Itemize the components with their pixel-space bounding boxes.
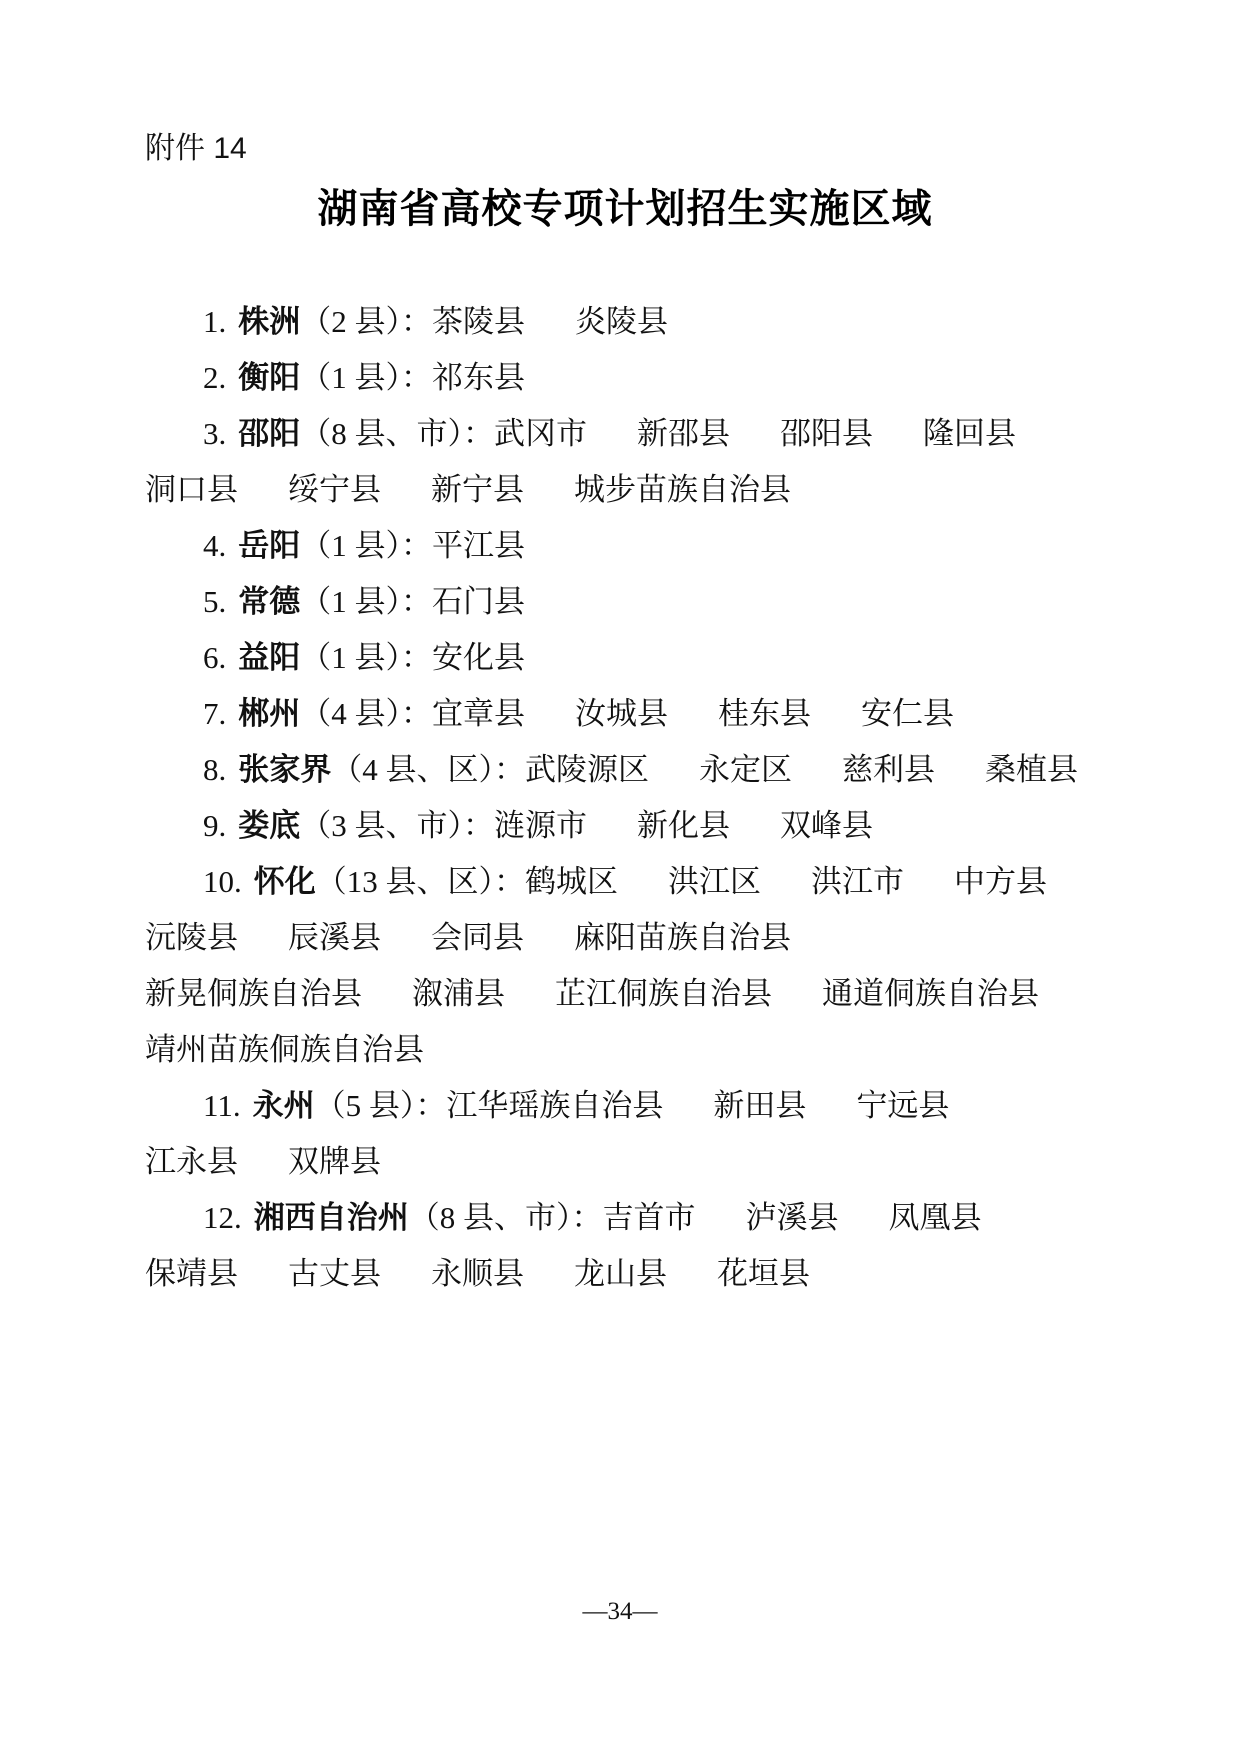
region-scope: （4 县、区）：: [331, 752, 525, 787]
county-name: 保靖县: [145, 1246, 238, 1302]
county-name: 茶陵县: [432, 294, 525, 350]
page-number: —34—: [0, 1598, 1240, 1626]
region-number: 3.: [203, 416, 226, 451]
region-number: 2.: [203, 360, 226, 395]
document-content: 附件 14 湖南省高校专项计划招生实施区域 1.株洲（2 县）：茶陵县炎陵县 2…: [0, 0, 1240, 1302]
region-city: 张家界: [238, 752, 331, 787]
region-scope: （3 县、市）：: [300, 808, 494, 843]
region-counties: 安化县: [432, 640, 525, 675]
county-name: 永定区: [699, 742, 792, 798]
region-city: 衡阳: [238, 360, 300, 395]
county-name: 江永县: [145, 1134, 238, 1190]
attachment-label: 附件 14: [145, 130, 1105, 168]
region-item: 6.益阳（1 县）：安化县: [145, 630, 1105, 686]
page-title: 湖南省高校专项计划招生实施区域: [145, 182, 1105, 236]
county-name: 城步苗族自治县: [574, 462, 791, 518]
region-list: 1.株洲（2 县）：茶陵县炎陵县 2.衡阳（1 县）：祁东县 3.邵阳（8 县、…: [145, 294, 1105, 1302]
region-item: 7.郴州（4 县）：宜章县汝城县桂东县安仁县: [145, 686, 1105, 742]
region-scope: （1 县）：: [300, 528, 432, 563]
region-city: 常德: [238, 584, 300, 619]
region-city: 益阳: [238, 640, 300, 675]
region-item: 10.怀化（13 县、区）：鹤城区洪江区洪江市中方县沅陵县辰溪县会同县麻阳苗族自…: [145, 854, 1105, 1078]
region-scope: （8 县、市）：: [409, 1200, 603, 1235]
region-item: 3.邵阳（8 县、市）：武冈市新邵县邵阳县隆回县洞口县绥宁县新宁县城步苗族自治县: [145, 406, 1105, 518]
region-number: 6.: [203, 640, 226, 675]
region-city: 郴州: [238, 696, 300, 731]
county-name: 双峰县: [780, 798, 873, 854]
region-scope: （13 县、区）：: [316, 864, 525, 899]
county-name: 靖州苗族侗族自治县: [145, 1022, 424, 1078]
region-city: 永州: [253, 1088, 315, 1123]
region-number: 12.: [203, 1200, 242, 1235]
county-name: 新化县: [637, 798, 730, 854]
region-item: 4.岳阳（1 县）：平江县: [145, 518, 1105, 574]
region-number: 9.: [203, 808, 226, 843]
region-number: 5.: [203, 584, 226, 619]
region-item: 8.张家界（4 县、区）：武陵源区永定区慈利县桑植县: [145, 742, 1105, 798]
county-name: 花垣县: [717, 1246, 810, 1302]
county-name: 桂东县: [718, 686, 811, 742]
county-name: 慈利县: [842, 742, 935, 798]
county-name: 绥宁县: [288, 462, 381, 518]
region-city: 娄底: [238, 808, 300, 843]
region-scope: （1 县）：: [300, 360, 432, 395]
county-name: 宁远县: [856, 1078, 949, 1134]
county-name: 洪江市: [811, 854, 904, 910]
county-name: 炎陵县: [575, 294, 668, 350]
county-name: 武冈市: [494, 406, 587, 462]
region-number: 8.: [203, 752, 226, 787]
region-city: 株洲: [238, 304, 300, 339]
county-name: 泸溪县: [746, 1190, 839, 1246]
county-name: 桑植县: [985, 742, 1078, 798]
county-name: 石门县: [432, 574, 525, 630]
county-name: 凤凰县: [889, 1190, 982, 1246]
county-name: 宜章县: [432, 686, 525, 742]
region-city: 怀化: [254, 864, 316, 899]
region-scope: （5 县）：: [315, 1088, 447, 1123]
county-name: 辰溪县: [288, 910, 381, 966]
region-scope: （8 县、市）：: [300, 416, 494, 451]
county-name: 吉首市: [603, 1190, 696, 1246]
county-name: 新田县: [713, 1078, 806, 1134]
region-counties: 武陵源区永定区慈利县桑植县: [525, 752, 1078, 787]
region-item: 9.娄底（3 县、市）：涟源市新化县双峰县: [145, 798, 1105, 854]
county-name: 邵阳县: [780, 406, 873, 462]
county-name: 溆浦县: [412, 966, 505, 1022]
region-city: 邵阳: [238, 416, 300, 451]
county-name: 双牌县: [288, 1134, 381, 1190]
region-counties: 茶陵县炎陵县: [432, 304, 668, 339]
region-city: 湘西自治州: [254, 1200, 409, 1235]
county-name: 永顺县: [431, 1246, 524, 1302]
county-name: 汝城县: [575, 686, 668, 742]
region-counties: 石门县: [432, 584, 525, 619]
county-name: 古丈县: [288, 1246, 381, 1302]
region-number: 7.: [203, 696, 226, 731]
county-name: 鹤城区: [525, 854, 618, 910]
region-number: 10.: [203, 864, 242, 899]
region-city: 岳阳: [238, 528, 300, 563]
region-number: 1.: [203, 304, 226, 339]
county-name: 新邵县: [637, 406, 730, 462]
region-counties: 祁东县: [432, 360, 525, 395]
county-name: 洞口县: [145, 462, 238, 518]
county-name: 涟源市: [494, 798, 587, 854]
county-name: 通道侗族自治县: [822, 966, 1039, 1022]
region-scope: （1 县）：: [300, 640, 432, 675]
region-scope: （1 县）：: [300, 584, 432, 619]
region-item: 2.衡阳（1 县）：祁东县: [145, 350, 1105, 406]
region-counties: 平江县: [432, 528, 525, 563]
county-name: 新宁县: [431, 462, 524, 518]
region-scope: （4 县）：: [300, 696, 432, 731]
region-item: 12.湘西自治州（8 县、市）：吉首市泸溪县凤凰县保靖县古丈县永顺县龙山县花垣县: [145, 1190, 1105, 1302]
county-name: 安仁县: [861, 686, 954, 742]
document-page: 附件 14 湖南省高校专项计划招生实施区域 1.株洲（2 县）：茶陵县炎陵县 2…: [0, 0, 1240, 1754]
county-name: 沅陵县: [145, 910, 238, 966]
county-name: 会同县: [431, 910, 524, 966]
region-item: 11.永州（5 县）：江华瑶族自治县新田县宁远县江永县双牌县: [145, 1078, 1105, 1190]
county-name: 武陵源区: [525, 742, 649, 798]
county-name: 芷江侗族自治县: [555, 966, 772, 1022]
county-name: 洪江区: [668, 854, 761, 910]
county-name: 麻阳苗族自治县: [574, 910, 791, 966]
region-item: 1.株洲（2 县）：茶陵县炎陵县: [145, 294, 1105, 350]
region-counties: 涟源市新化县双峰县: [494, 808, 873, 843]
county-name: 祁东县: [432, 350, 525, 406]
county-name: 中方县: [954, 854, 1047, 910]
region-scope: （2 县）：: [300, 304, 432, 339]
county-name: 江华瑶族自治县: [446, 1078, 663, 1134]
county-name: 隆回县: [923, 406, 1016, 462]
region-item: 5.常德（1 县）：石门县: [145, 574, 1105, 630]
region-number: 11.: [203, 1088, 241, 1123]
county-name: 安化县: [432, 630, 525, 686]
county-name: 龙山县: [574, 1246, 667, 1302]
county-name: 平江县: [432, 518, 525, 574]
county-name: 新晃侗族自治县: [145, 966, 362, 1022]
region-number: 4.: [203, 528, 226, 563]
region-counties: 宜章县汝城县桂东县安仁县: [432, 696, 954, 731]
